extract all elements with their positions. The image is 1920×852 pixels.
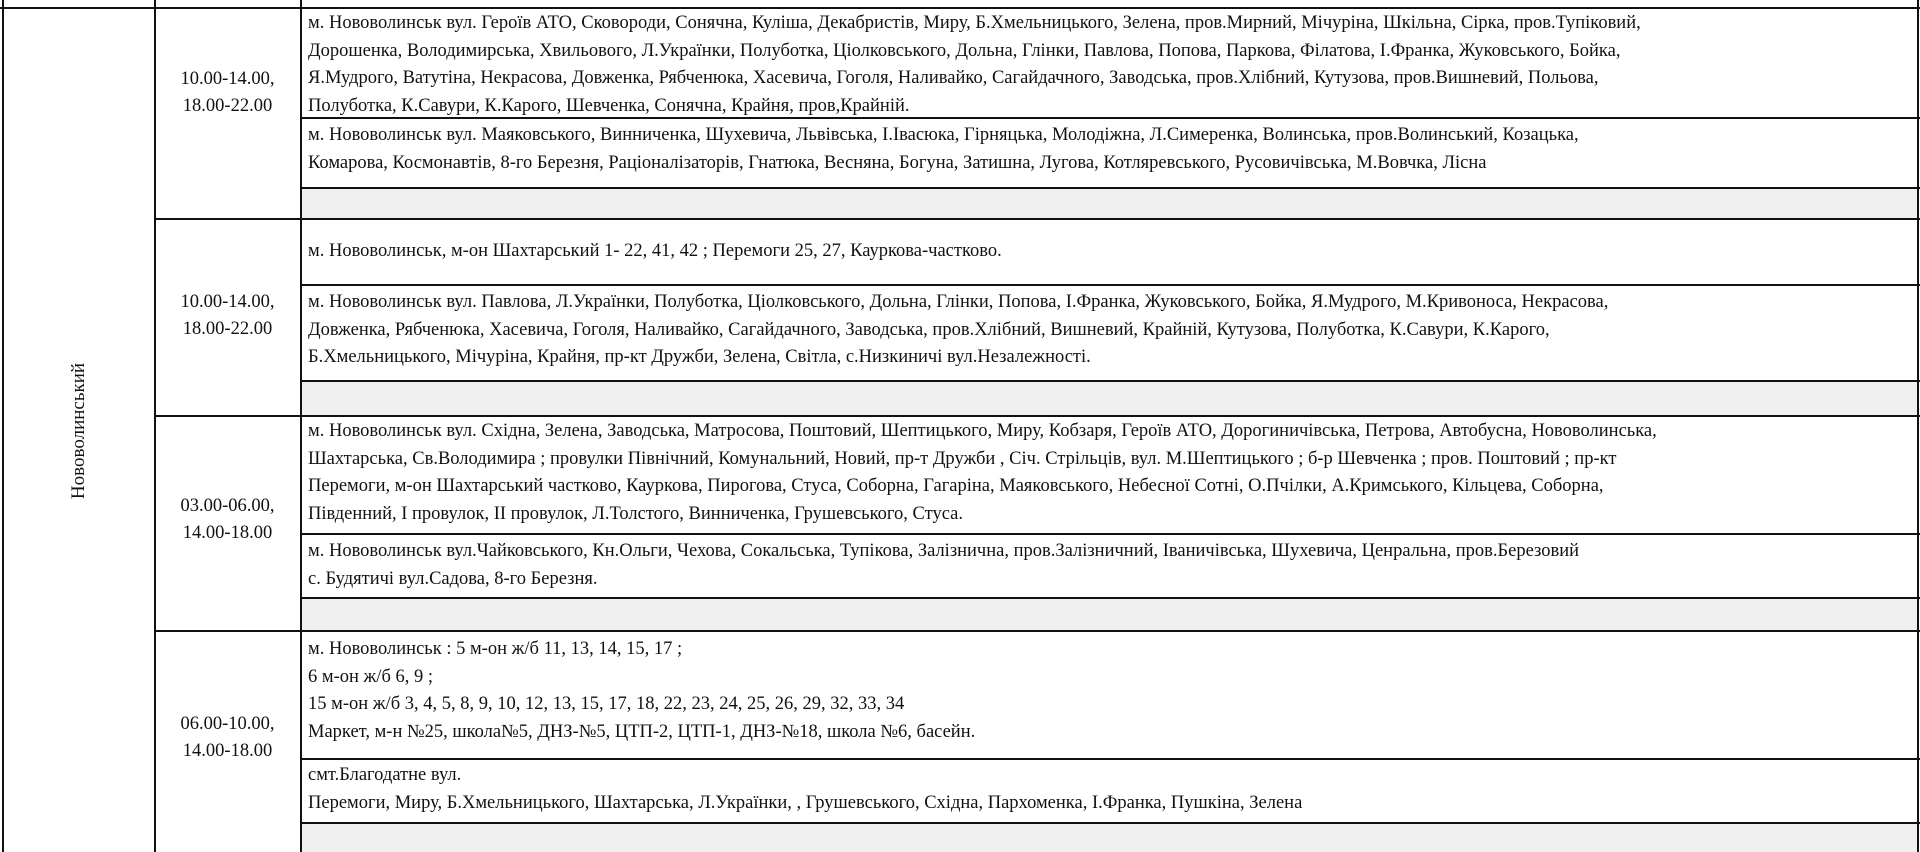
address-entry: м. Нововолинськ : 5 м-он ж/б 11, 13, 14,… [302, 636, 1918, 756]
empty-row [302, 382, 1918, 415]
address-entry: м. Нововолинськ вул. Східна, Зелена, Зав… [302, 418, 1918, 532]
border [2, 0, 4, 852]
border [300, 597, 1920, 599]
time-slot: 10.00-14.00, 18.00-22.00 [157, 289, 298, 343]
address-entry: м. Нововолинськ, м-он Шахтарський 1- 22,… [302, 238, 1918, 282]
border [300, 380, 1920, 382]
district-name: Нововолинський [68, 363, 90, 499]
address-entry: м. Нововолинськ вул.Чайковського, Кн.Оль… [302, 538, 1918, 596]
time-slot: 10.00-14.00, 18.00-22.00 [157, 66, 298, 120]
address-entry: смт.Благодатне вул. Перемоги, Миру, Б.Хм… [302, 762, 1918, 822]
border [300, 117, 1920, 119]
time-slot: 06.00-10.00, 14.00-18.00 [157, 711, 298, 765]
empty-row [302, 599, 1918, 630]
border [0, 7, 1920, 9]
border [300, 758, 1920, 760]
border [300, 284, 1920, 286]
border [300, 533, 1920, 535]
address-entry: м. Нововолинськ вул. Маяковського, Винни… [302, 122, 1918, 184]
address-entry: м. Нововолинськ вул. Павлова, Л.Українки… [302, 289, 1918, 379]
border [154, 415, 1920, 417]
border [1917, 0, 1919, 852]
address-entry: м. Нововолинськ вул. Героїв АТО, Сковоро… [302, 10, 1918, 116]
time-slot: 03.00-06.00, 14.00-18.00 [157, 493, 298, 547]
border [300, 822, 1920, 824]
border [300, 187, 1920, 189]
border [154, 0, 156, 852]
empty-row [302, 824, 1918, 852]
border [154, 630, 1920, 632]
border [300, 0, 302, 852]
border [154, 218, 1920, 220]
empty-row [302, 189, 1918, 218]
district-cell: Нововолинський [4, 10, 154, 852]
